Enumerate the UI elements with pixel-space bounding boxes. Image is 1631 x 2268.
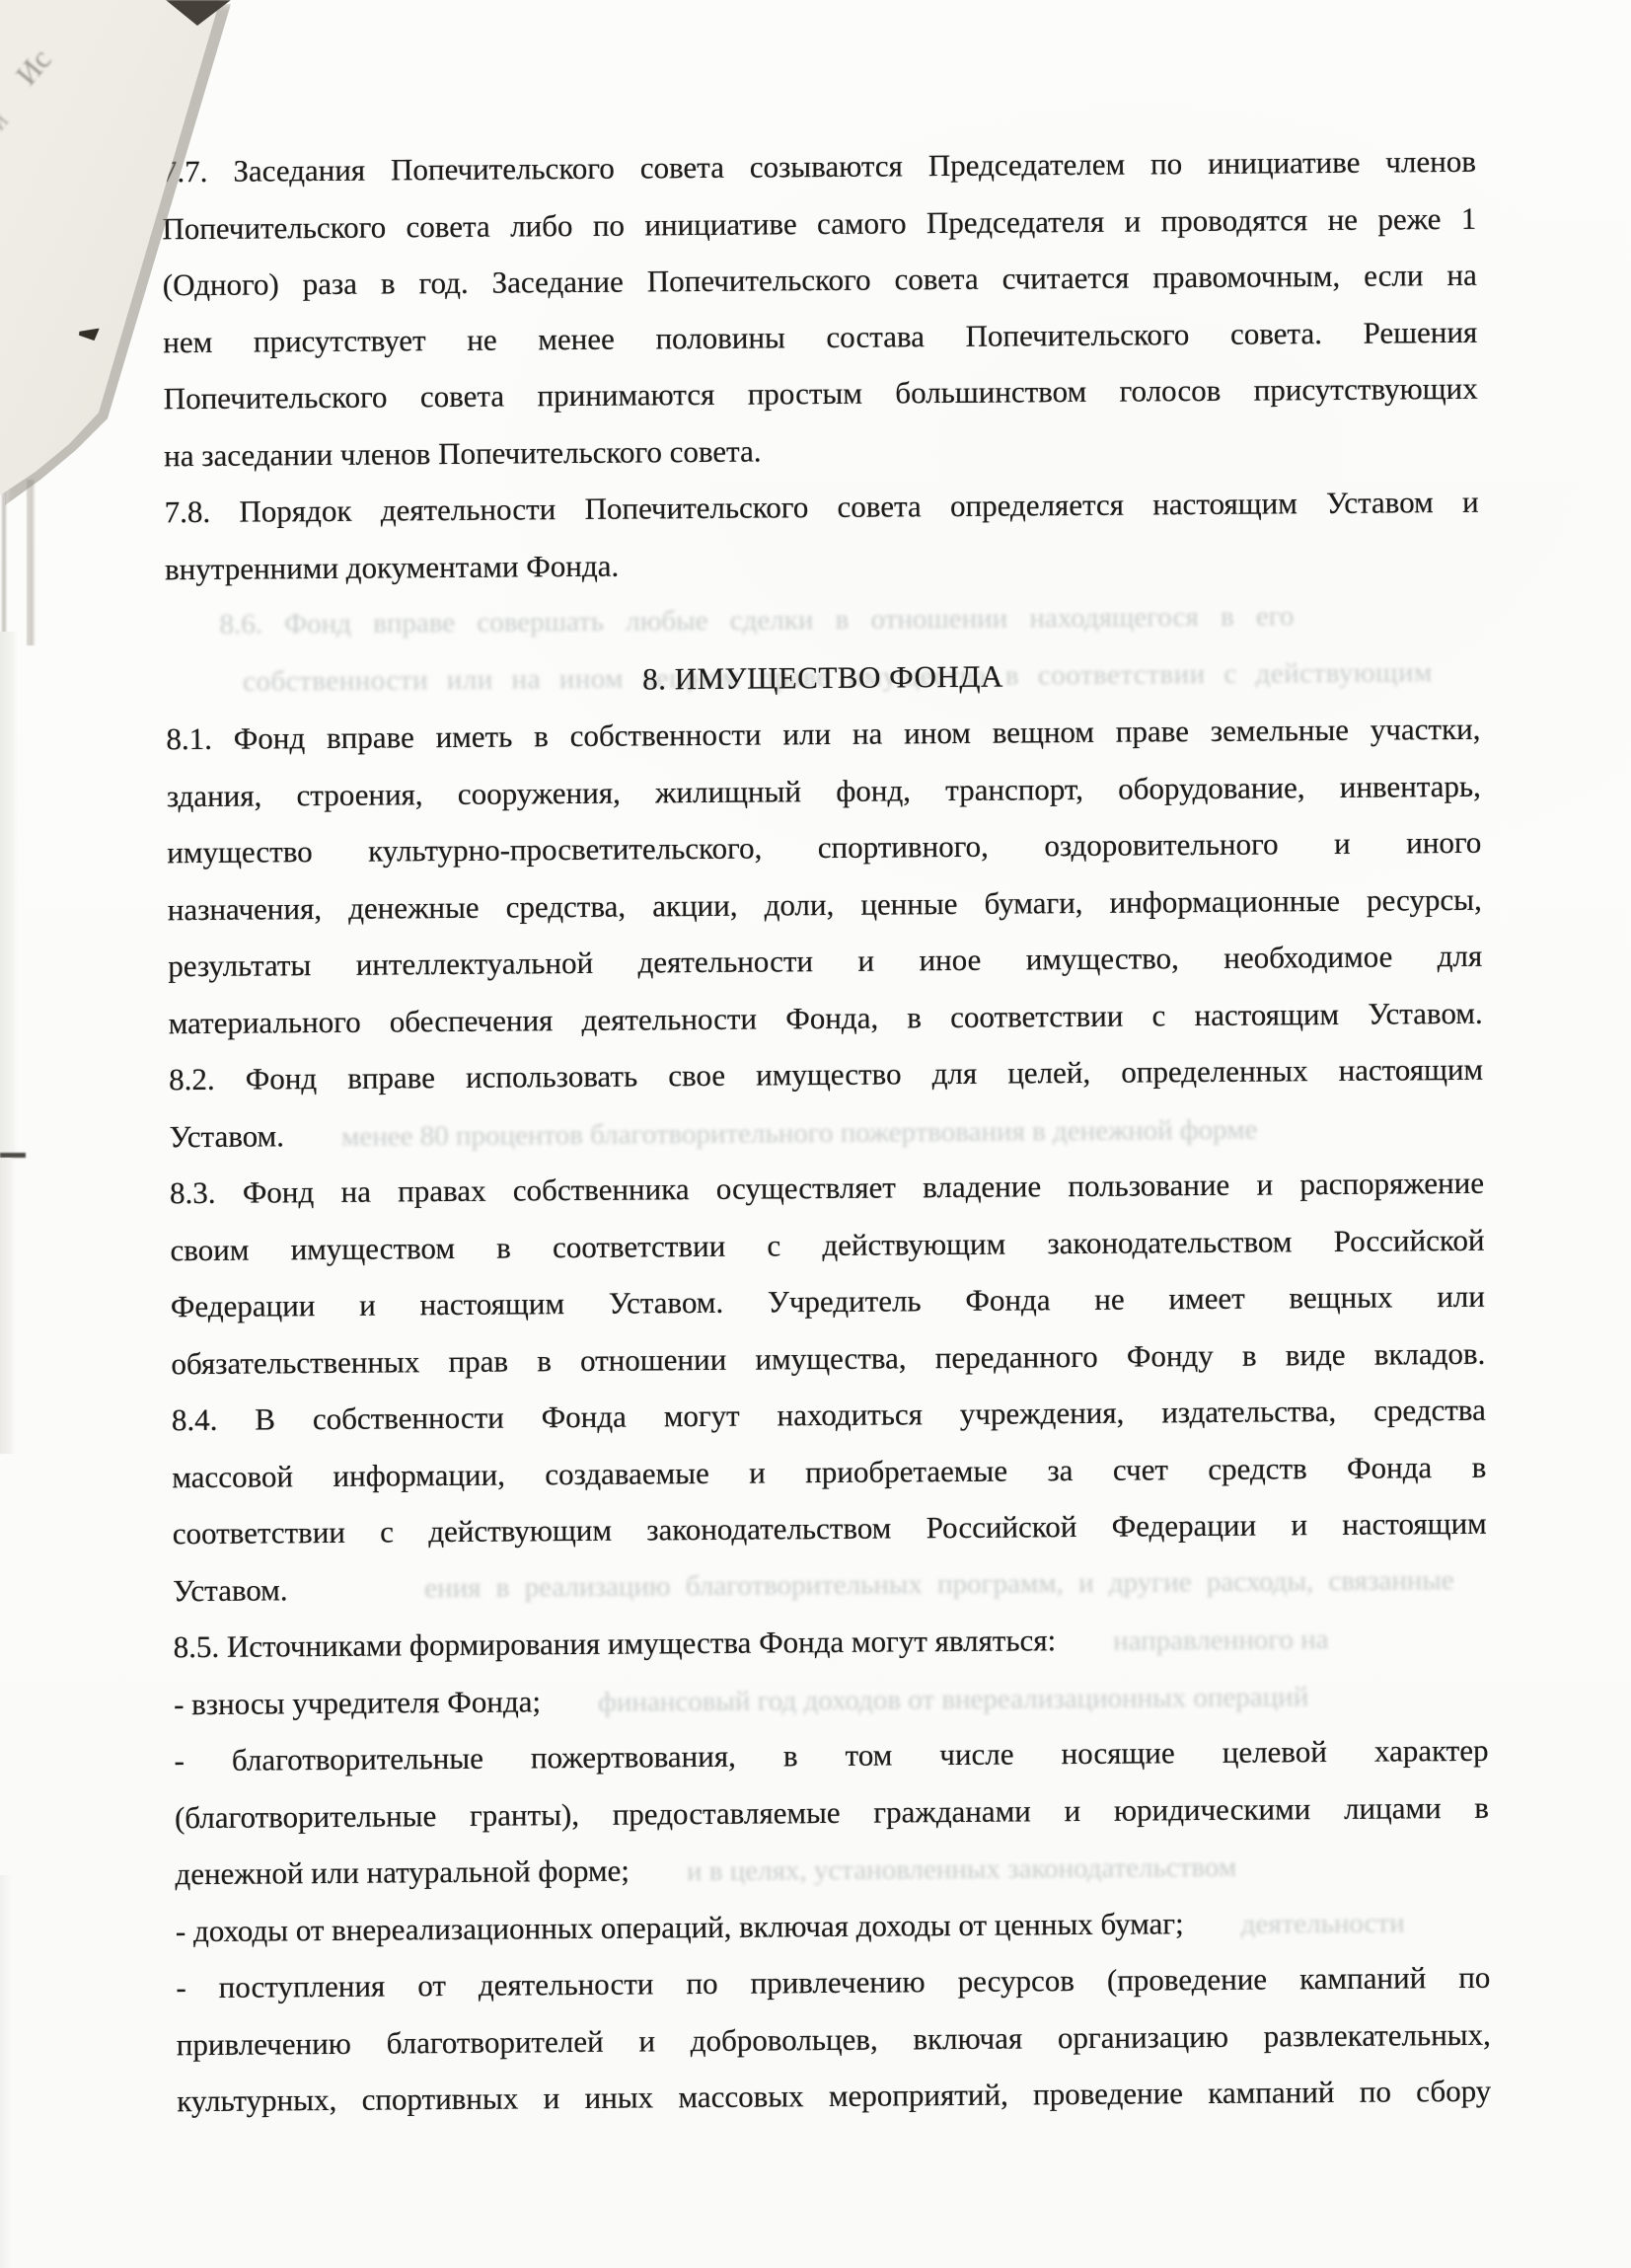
section-heading: 8. ИМУЩЕСТВО ФОНДА <box>642 658 1003 696</box>
text-line: 8.3. Фонд на правах собственника осущест… <box>170 1155 1484 1222</box>
document-text: 7.7. Заседания Попечительского совета со… <box>162 133 1492 2130</box>
bleed-through-text: деятельности <box>1184 1907 1405 1940</box>
text-line: Федерации и настоящим Уставом. Учредител… <box>171 1268 1485 1335</box>
text-line: культурных, спортивных и иных массовых м… <box>177 2063 1491 2130</box>
text-line: соответствии с действующим законодательс… <box>173 1495 1487 1562</box>
bleed-through-text: ения в реализацию благотворительных прог… <box>424 1551 1487 1617</box>
text-line: 7.8. Порядок деятельности Попечительског… <box>164 474 1478 541</box>
handwritten-mark: Ис <box>9 42 59 93</box>
text-line: (Одного) раза в год. Заседание Попечител… <box>163 247 1477 314</box>
text-fragment: Уставом. <box>169 1118 284 1154</box>
handwritten-mark: и <box>0 107 15 136</box>
scan-edge-band <box>0 632 18 1160</box>
text-line: привлечению благотворителей и добровольц… <box>177 2005 1491 2073</box>
text-line: своим имуществом в соответствии с действ… <box>170 1211 1484 1278</box>
text-fragment: Уставом. <box>173 1572 288 1608</box>
text-line: здания, строения, сооружения, жилищный ф… <box>167 757 1481 824</box>
text-line: Попечительского совета принимаются прост… <box>164 360 1478 427</box>
text-line: - благотворительные пожертвования, в том… <box>174 1722 1488 1789</box>
text-line: - доходы от внереализационных операций, … <box>176 1892 1490 1959</box>
bleed-through-text: менее 80 процентов благотворительного по… <box>284 1113 1258 1153</box>
scan-edge-band <box>0 1158 16 1454</box>
scanned-page: 7.7. Заседания Попечительского совета со… <box>0 0 1631 2268</box>
bleed-through-text: направленного на <box>1056 1624 1329 1657</box>
text-line: назначения, денежные средства, акции, до… <box>168 870 1482 938</box>
text-line: имущество культурно-просветительского, с… <box>167 814 1481 881</box>
text-line: 7.7. Заседания Попечительского совета со… <box>162 133 1476 200</box>
bleed-through-text: и в целях, установленных законодательств… <box>630 1852 1236 1888</box>
text-line: нем присутствует не менее половины соста… <box>163 303 1477 370</box>
text-line: внутренними документами Фонда. <box>165 530 1479 597</box>
page-edge-line <box>27 480 36 645</box>
text-line: массовой информации, создаваемые и приоб… <box>172 1438 1486 1505</box>
text-line: на заседании членов Попечительского сове… <box>164 416 1478 484</box>
text-line: результаты интеллектуальной деятельности… <box>168 928 1482 995</box>
text-line: 8.5. Источниками формирования имущества … <box>173 1609 1487 1676</box>
text-line: - поступления от деятельности по привлеч… <box>176 1949 1490 2016</box>
text-line: Попечительского совета либо по инициатив… <box>162 189 1476 257</box>
text-fragment: - доходы от внереализационных операций, … <box>176 1906 1184 1948</box>
bleed-through-text: финансовый год доходов от внереализацион… <box>541 1681 1308 1718</box>
text-line: - взносы учредителя Фонда;финансовый год… <box>174 1665 1488 1732</box>
scan-edge-band <box>0 1875 12 2268</box>
text-line: Уставом. ения в реализацию благотворител… <box>173 1551 1487 1619</box>
text-line: денежной или натуральной форме;и в целях… <box>175 1836 1489 1903</box>
text-line: 8.2. Фонд вправе использовать свое имуще… <box>169 1041 1483 1108</box>
page-edge-line <box>2 480 6 649</box>
section-heading-row: собственности или на ином вещном праве и… <box>166 643 1480 711</box>
text-line: 8.1. Фонд вправе иметь в собственности и… <box>166 701 1480 768</box>
bleed-through-text: 8.6. Фонд вправе совершать любые сделки … <box>165 587 1479 654</box>
text-line: материального обеспечения деятельности Ф… <box>168 984 1482 1051</box>
text-line: Уставом.менее 80 процентов благотворител… <box>169 1097 1483 1165</box>
text-fragment: 8.5. Источниками формирования имущества … <box>174 1623 1057 1664</box>
text-line: (благотворительные гранты), предоставляе… <box>175 1778 1489 1846</box>
text-line: обязательственных прав в отношении имуще… <box>171 1324 1485 1392</box>
text-fragment: денежной или натуральной форме; <box>175 1853 630 1892</box>
text-fragment: - взносы учредителя Фонда; <box>174 1684 541 1721</box>
text-line: 8.4. В собственности Фонда могут находит… <box>172 1382 1486 1449</box>
